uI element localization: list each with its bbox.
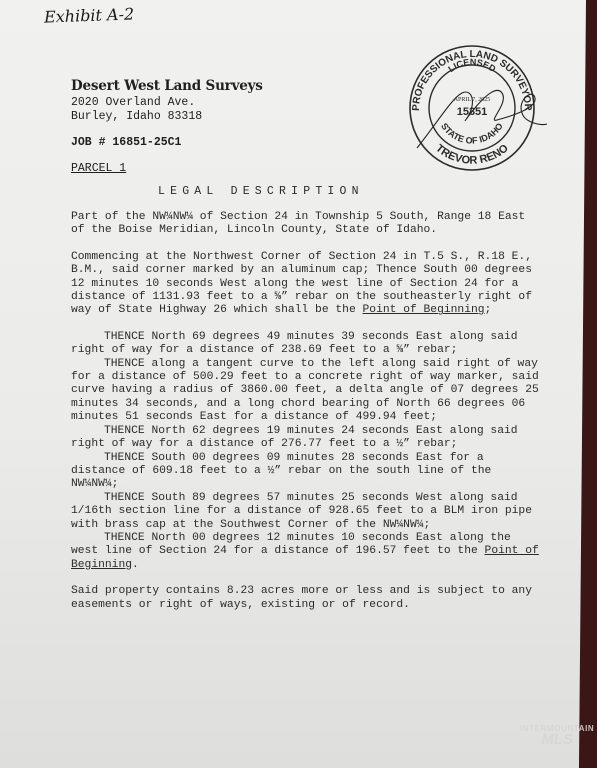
document-title: LEGAL DESCRIPTION [158,185,364,198]
call-3: THENCE North 62 degrees 19 minutes 24 se… [71,425,541,452]
job-number: JOB # 16851-25C1 [71,136,263,150]
watermark-line-2: MLS [520,731,594,748]
intro-paragraph: Part of the NW¼NW¼ of Section 24 in Town… [71,211,541,238]
surveyor-seal-icon: PROFESSIONAL LAND SURVEYOR LICENSED APRI… [397,38,547,173]
address-line-2: Burley, Idaho 83318 [71,110,263,124]
mls-watermark: INTERMOUNTAIN MLS [520,724,594,748]
commencing-paragraph: Commencing at the Northwest Corner of Se… [71,251,541,318]
closing-paragraph: Said property contains 8.23 acres more o… [71,585,541,612]
parcel-label: PARCEL 1 [71,162,263,176]
exhibit-label: Exhibit A-2 [44,4,135,26]
svg-text:STATE OF IDAHO: STATE OF IDAHO [439,121,505,146]
call-6: THENCE North 00 degrees 12 minutes 10 se… [71,532,541,572]
legal-description-body: Part of the NW¼NW¼ of Section 24 in Town… [71,211,541,625]
company-name: Desert West Land Surveys [71,78,263,94]
point-of-beginning: Point of Beginning [363,304,485,316]
call-2: THENCE along a tangent curve to the left… [71,358,541,425]
call-1: THENCE North 69 degrees 49 minutes 39 se… [71,331,541,358]
call-5: THENCE South 89 degrees 57 minutes 25 se… [71,492,541,532]
letterhead: Desert West Land Surveys 2020 Overland A… [71,78,263,176]
address-line-1: 2020 Overland Ave. [71,96,263,110]
call-4: THENCE South 00 degrees 09 minutes 28 se… [71,452,541,492]
